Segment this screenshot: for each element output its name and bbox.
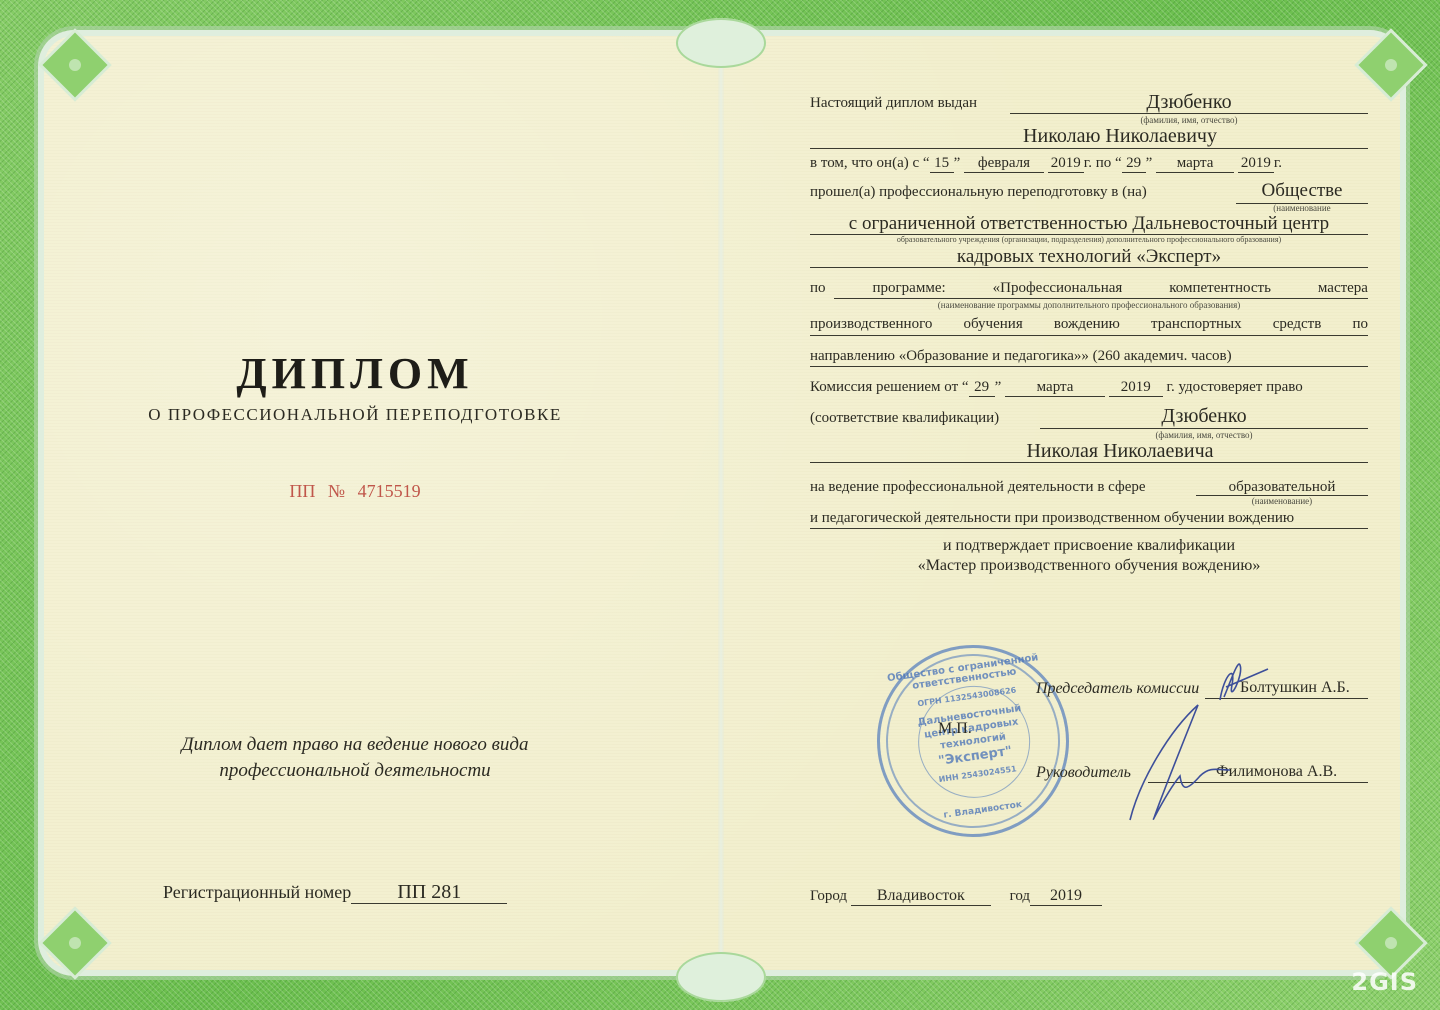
fill-line bbox=[810, 366, 1368, 367]
end-year: 2019 bbox=[1238, 155, 1274, 173]
fio-hint: (фамилия, имя, отчество) bbox=[1010, 115, 1368, 125]
commission-decision: Комиссия решением от “29” марта 2019 г. … bbox=[810, 379, 1303, 397]
fill-line bbox=[810, 335, 1368, 336]
name-dative: Николаю Николаевичу bbox=[810, 125, 1430, 148]
fill-line bbox=[810, 148, 1368, 149]
commission-prefix: Комиссия решением от bbox=[810, 379, 958, 395]
diploma-title: ДИПЛОМ bbox=[0, 348, 710, 399]
commission-month: марта bbox=[1005, 379, 1105, 397]
city-label: Город bbox=[810, 888, 847, 904]
issued-label: Настоящий диплом выдан bbox=[810, 95, 977, 112]
start-month: февраля bbox=[964, 155, 1044, 173]
city-value: Владивосток bbox=[851, 887, 991, 906]
commission-day: 29 bbox=[969, 379, 995, 397]
sphere-value2: и педагогической деятельности при произв… bbox=[810, 510, 1294, 527]
start-year: 2019 bbox=[1048, 155, 1084, 173]
org-line2: с ограниченной ответственностью Дальнево… bbox=[810, 213, 1368, 235]
name-genitive: Николая Николаевича bbox=[810, 440, 1430, 463]
org-line3: кадровых технологий «Эксперт» bbox=[810, 246, 1368, 268]
chair-label: Председатель комиссии bbox=[1036, 680, 1199, 698]
program-line1: по программе: «Профессиональная компетен… bbox=[810, 280, 1368, 297]
year-label: год bbox=[1010, 888, 1030, 904]
program-line2: производственногообучениявождениютранспо… bbox=[810, 316, 1368, 333]
study-period: в том, что он(а) с “15” февраля 2019г. п… bbox=[810, 155, 1282, 173]
org-hint2: образовательного учреждения (организации… bbox=[810, 235, 1368, 244]
period-to: по bbox=[1096, 155, 1112, 171]
program-word: программе: bbox=[873, 280, 946, 297]
city-field: Город Владивосток год2019 bbox=[810, 887, 1102, 906]
program-word: производственного bbox=[810, 316, 932, 333]
fio-hint: (фамилия, имя, отчество) bbox=[1040, 430, 1368, 440]
commission-year: 2019 bbox=[1109, 379, 1163, 397]
reg-label: Регистрационный номер bbox=[163, 882, 351, 902]
program-word: транспортных bbox=[1151, 316, 1242, 333]
page-fold bbox=[718, 36, 724, 970]
end-day: 29 bbox=[1122, 155, 1146, 173]
program-line3: направлению «Образование и педагогика»» … bbox=[810, 348, 1232, 365]
2gis-watermark: 2GIS bbox=[1351, 968, 1418, 996]
sphere-value1: образовательной bbox=[1196, 479, 1368, 496]
sphere-hint: (наименование) bbox=[1196, 496, 1368, 506]
commission-suffix: г. удостоверяет право bbox=[1167, 379, 1303, 395]
confirm-line2: «Мастер производственного обучения вожде… bbox=[810, 557, 1368, 575]
program-word: по bbox=[1352, 316, 1368, 333]
rights-note-line1: Диплом дает право на ведение нового вида bbox=[0, 734, 710, 756]
fill-line bbox=[810, 528, 1368, 529]
reg-value: ПП 281 bbox=[351, 881, 507, 904]
program-word: обучения bbox=[964, 316, 1023, 333]
start-day: 15 bbox=[930, 155, 954, 173]
confirm-line1: и подтверждает присвоение квалификации bbox=[810, 537, 1368, 555]
surname-dative: Дзюбенко bbox=[1010, 91, 1368, 114]
diploma-number: ПП № 4715519 bbox=[0, 481, 710, 502]
surname-genitive: Дзюбенко bbox=[1040, 405, 1368, 428]
period-prefix: в том, что он(а) с bbox=[810, 155, 919, 171]
program-prefix: по bbox=[810, 280, 826, 297]
program-hint: (наименование программы дополнительного … bbox=[810, 300, 1368, 310]
rights-note-line2: профессиональной деятельности bbox=[0, 760, 710, 782]
program-word: средств bbox=[1273, 316, 1322, 333]
qualification-label: (соответствие квалификации) bbox=[810, 410, 999, 427]
end-month: марта bbox=[1156, 155, 1234, 173]
year-value: 2019 bbox=[1030, 887, 1102, 906]
org-hint1: (наименование bbox=[1236, 203, 1368, 213]
org-line1: Обществе bbox=[1236, 180, 1368, 202]
stamp-place-label: М.П. bbox=[938, 720, 972, 738]
program-word: компетентность bbox=[1169, 280, 1271, 297]
sphere-label: на ведение профессиональной деятельности… bbox=[810, 479, 1146, 496]
series: ПП bbox=[289, 481, 315, 501]
fill-line bbox=[1040, 428, 1368, 429]
registration-number: Регистрационный номерПП 281 bbox=[163, 881, 507, 904]
year-suffix: г. bbox=[1274, 155, 1282, 171]
border-ornament bbox=[676, 18, 766, 68]
passed-label: прошел(а) профессиональную переподготовк… bbox=[810, 184, 1147, 201]
number-sign: № bbox=[328, 481, 345, 501]
program-word: «Профессиональная bbox=[993, 280, 1123, 297]
fill-line bbox=[834, 298, 1368, 299]
program-word: вождению bbox=[1054, 316, 1120, 333]
diploma-subtitle: О ПРОФЕССИОНАЛЬНОЙ ПЕРЕПОДГОТОВКЕ bbox=[0, 405, 710, 425]
head-signature bbox=[1120, 700, 1240, 830]
year-suffix: г. bbox=[1084, 155, 1092, 171]
number-value: 4715519 bbox=[358, 481, 421, 501]
border-ornament bbox=[676, 952, 766, 1002]
head-label: Руководитель bbox=[1036, 764, 1131, 782]
program-word: мастера bbox=[1318, 280, 1368, 297]
